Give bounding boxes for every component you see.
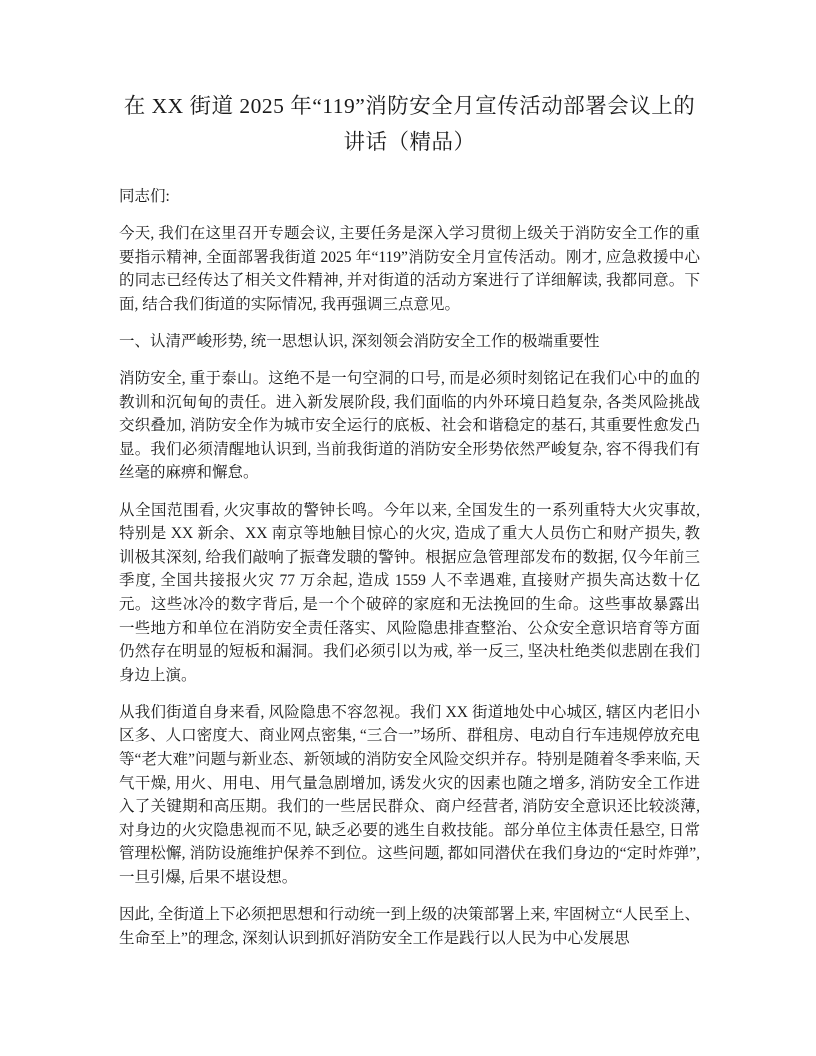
intro-paragraph: 今天, 我们在这里召开专题会议, 主要任务是深入学习贯彻上级关于消防安全工作的重… (119, 222, 700, 316)
document-title: 在 XX 街道 2025 年“119”消防安全月宣传活动部署会议上的讲话（精品） (119, 88, 700, 160)
greeting-line: 同志们: (119, 185, 700, 209)
body-paragraph-3: 从我们街道自身来看, 风险隐患不容忽视。我们 XX 街道地处中心城区, 辖区内老… (119, 701, 700, 890)
body-paragraph-1: 消防安全, 重于泰山。这绝不是一句空洞的口号, 而是必须时刻铭记在我们心中的血的… (119, 367, 700, 485)
section-1-heading: 一、认清严峻形势, 统一思想认识, 深刻领会消防安全工作的极端重要性 (119, 330, 700, 354)
body-paragraph-2: 从全国范围看, 火灾事故的警钟长鸣。今年以来, 全国发生的一系列重特大火灾事故,… (119, 499, 700, 688)
document-page: 在 XX 街道 2025 年“119”消防安全月宣传活动部署会议上的讲话（精品）… (0, 0, 816, 1056)
body-paragraph-4: 因此, 全街道上下必须把思想和行动统一到上级的决策部署上来, 牢固树立“人民至上… (119, 903, 700, 950)
